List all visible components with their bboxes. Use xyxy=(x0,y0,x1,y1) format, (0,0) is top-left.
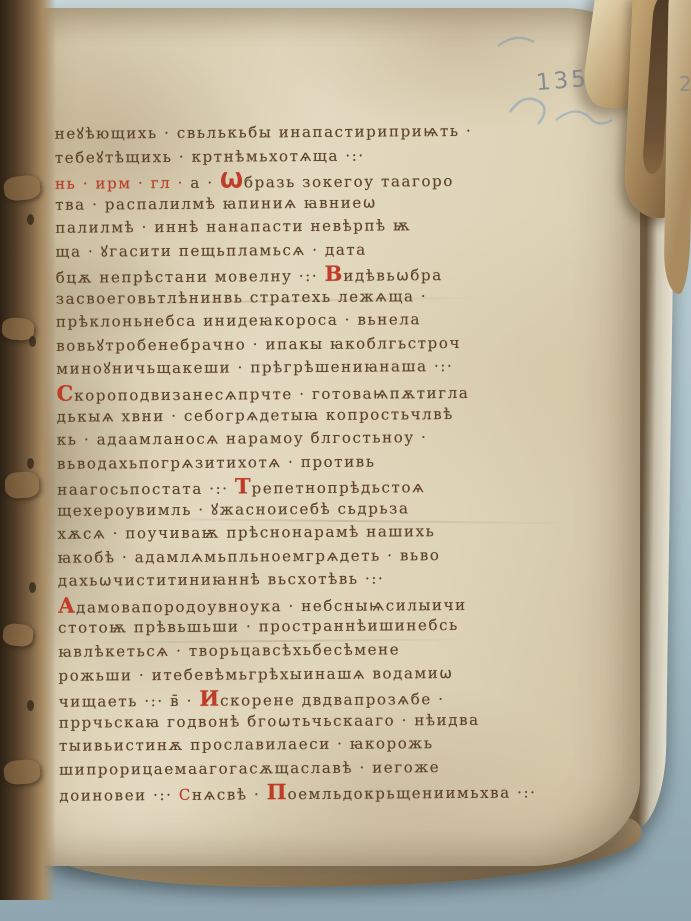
manuscript-text-segment: наагосьпостата ·:· xyxy=(57,480,235,499)
manuscript-text-segment: миноꙋничьщакеши · прѣгрѣшениꙗнаша ·:· xyxy=(56,357,453,378)
manuscript-text-segment: хѫсѧ · поучиваѭ прѣснонарамѣ нашихь xyxy=(57,522,435,543)
manuscript-line: тебеꙋтѣщихь · кртнѣмьхотѧща ·:· xyxy=(55,143,499,170)
manuscript-line: тыивьистинѫ прославилаеси · ꙗкорожь xyxy=(59,731,563,758)
sewing-hole xyxy=(29,336,36,347)
manuscript-line: прѣклоньнебса инидеꙗкороса · вьнела xyxy=(56,308,560,335)
manuscript-text-segment: И xyxy=(199,686,220,711)
torn-stub xyxy=(4,471,39,499)
manuscript-photo: 135 2 неꙋѣющихь · свьлькьбы инапастирипр… xyxy=(0,0,691,921)
sewing-hole xyxy=(27,700,34,711)
manuscript-line: миноꙋничьщакеши · прѣгрѣшениꙗнаша ·:· xyxy=(56,355,490,382)
manuscript-text-segment: шипрорицаемаагогасѫщаславѣ · иегоже xyxy=(59,758,440,779)
torn-stub xyxy=(2,623,34,648)
sewing-hole xyxy=(27,214,34,225)
manuscript-text-segment: засвоеговьтлѣнинвь стратехь лежѧща · xyxy=(56,287,428,308)
manuscript-line: щехероувимль · ꙋжасноисебѣ сьдрьза xyxy=(57,496,561,523)
manuscript-text-segment: палилмѣ · иннѣ нанапасти невѣрпѣ ѭ xyxy=(55,216,411,236)
manuscript-line: шипрорицаемаагогасѫщаславѣ · иегоже xyxy=(59,755,563,782)
sewing-hole xyxy=(27,458,34,469)
manuscript-text-segment: В xyxy=(324,261,343,286)
manuscript-line: ща · ꙋгасити пещьпламьсѧ · дата xyxy=(55,237,559,264)
manuscript-line: стотоѭ прѣвьшьши · пространнѣишинебсь xyxy=(58,614,562,641)
margin-number: 2 xyxy=(679,72,691,96)
manuscript-text-segment: кь · адаамланосѧ нарамоу блгостьноу · xyxy=(57,428,428,449)
manuscript-text-segment: рожьши · итебевѣмьгрѣхыинашѧ водамиѡ xyxy=(58,664,453,685)
manuscript-line: кь · адаамланосѧ нарамоу блгостьноу · xyxy=(57,425,561,452)
manuscript-line: доиновеи ·:· Снѧсвѣ · Поемльдокрьщениимь… xyxy=(59,779,563,806)
manuscript-text-segment: репетнопрѣдьстоѧ xyxy=(252,478,426,497)
manuscript-line: Адамовапородоувноука · небсныѩсилыичи xyxy=(58,590,562,617)
manuscript-line: Скороподвизанесѧпрчте · готоваѩпѫтигла xyxy=(56,378,560,405)
manuscript-line: дахьѡчиститиниꙗннѣ вьсхотѣвь ·:· xyxy=(58,567,471,593)
manuscript-text-segment: пррчьскаꙗ годвонѣ бгоѡтьчьскааго · нѣидв… xyxy=(59,710,480,731)
manuscript-text-segment: стотоѭ прѣвьшьши · пространнѣишинебсь xyxy=(58,616,459,637)
blue-pencil-scribble xyxy=(470,24,680,154)
manuscript-text-segment: неꙋѣющихь · свьлькьбы инапастириприѩть · xyxy=(55,122,473,143)
manuscript-text-segment: чищаеть ·:· в̄ · xyxy=(59,692,200,711)
manuscript-text-segment: дахьѡчиститиниꙗннѣ вьсхотѣвь ·:· xyxy=(58,570,385,590)
manuscript-line: засвоеговьтлѣнинвь стратехь лежѧща · xyxy=(56,284,560,311)
manuscript-line: бцѫ непрѣстани мовелну ·:· Видѣвьѡбра xyxy=(56,261,560,288)
manuscript-text-segment: прѣклоньнебса инидеꙗкороса · вьнела xyxy=(56,311,421,332)
manuscript-text-segment: щехероувимль · ꙋжасноисебѣ сьдрьза xyxy=(57,499,409,519)
manuscript-line: вьводахьпогрѧзитихотѧ · противь xyxy=(57,449,521,476)
manuscript-text-segment: вовьꙋтробенебрачно · ипакы ꙗкоблгьстроч xyxy=(56,334,461,355)
manuscript-text-segment: вьводахьпогрѧзитихотѧ · противь xyxy=(57,452,376,472)
manuscript-text-segment: П xyxy=(267,779,288,804)
manuscript-line: хѫсѧ · поучиваѭ прѣснонарамѣ нашихь xyxy=(57,520,561,547)
manuscript-line: ꙗвлѣкетьсѧ · творьцавсѣхьбесѣмене xyxy=(58,637,562,664)
manuscript-text-segment: а · xyxy=(184,174,220,192)
sewing-hole xyxy=(29,582,36,593)
manuscript-line: вовьꙋтробенебрачно · ипакы ꙗкоблгьстроч xyxy=(56,331,560,358)
manuscript-line: рожьши · итебевѣмьгрѣхыинашѧ водамиѡ xyxy=(58,661,562,688)
manuscript-text-segment: ꙗвлѣкетьсѧ · творьцавсѣхьбесѣмене xyxy=(58,640,400,660)
manuscript-text-segment: тебеꙋтѣщихь · кртнѣмьхотѧща ·:· xyxy=(55,146,365,166)
manuscript-line: наагосьпостата ·:· Трепетнопрѣдьстоѧ xyxy=(57,472,561,499)
manuscript-text-segment: Т xyxy=(235,474,252,499)
manuscript-text-segment: тыивьистинѫ прославилаеси · ꙗкорожь xyxy=(59,734,434,755)
manuscript-line: тва · распалилмѣ ꙗпиниѧ ꙗвниеѡ xyxy=(55,190,559,217)
manuscript-text-segment: С xyxy=(56,381,74,406)
manuscript-text-segment: нѧсвѣ · xyxy=(192,786,267,805)
manuscript-text-segment: Ѡ xyxy=(220,168,244,193)
manuscript-text-segment: бразь зокегоу таагоро xyxy=(244,172,454,191)
manuscript-line: пррчьскаꙗ годвонѣ бгоѡтьчьскааго · нѣидв… xyxy=(59,708,563,735)
manuscript-text-segment: нь · ирм · гл · xyxy=(55,174,184,193)
manuscript-line: дькыѧ хвни · себогрѧдетыꙗ копростьчлвѣ xyxy=(57,402,561,429)
manuscript-text-segment: ꙗкобѣ · адамлѧмьпльноемгрѧдеть · вьво xyxy=(58,546,441,567)
manuscript-text-segment: дькыѧ хвни · себогрѧдетыꙗ копростьчлвѣ xyxy=(57,405,454,426)
manuscript-text-segment: доиновеи ·:· xyxy=(59,786,179,805)
torn-stub xyxy=(3,759,41,785)
manuscript-line: палилмѣ · иннѣ нанапасти невѣрпѣ ѭ xyxy=(55,213,559,240)
manuscript-text-segment: ща · ꙋгасити пещьпламьсѧ · дата xyxy=(55,240,366,260)
manuscript-text-segment: короподвизанесѧпрчте · готоваѩпѫтигла xyxy=(74,384,469,405)
manuscript-text-segment: оемльдокрьщениимьхва ·:· xyxy=(287,784,536,804)
manuscript-text-segment: тва · распалилмѣ ꙗпиниѧ ꙗвниеѡ xyxy=(55,193,377,213)
manuscript-text-segment: бцѫ непрѣстани мовелну ·:· xyxy=(56,267,325,287)
manuscript-line: ꙗкобѣ · адамлѧмьпльноемгрѧдеть · вьво xyxy=(58,543,562,570)
manuscript-text-segment: дамовапородоувноука · небсныѩсилыичи xyxy=(76,596,467,617)
manuscript-line: чищаеть ·:· в̄ · Искорене двдвапрозѧбе · xyxy=(59,684,563,711)
text-block: неꙋѣющихь · свьлькьбы инапастириприѩть ·… xyxy=(55,119,564,805)
manuscript-text-segment: С xyxy=(179,786,192,804)
manuscript-text-segment: А xyxy=(58,593,76,618)
manuscript-line: нь · ирм · гл · а · Ѡбразь зокегоу тааго… xyxy=(55,166,559,193)
manuscript-text-segment: идѣвьѡбра xyxy=(343,266,443,285)
manuscript-text-segment: скорене двдвапрозѧбе · xyxy=(220,690,445,710)
